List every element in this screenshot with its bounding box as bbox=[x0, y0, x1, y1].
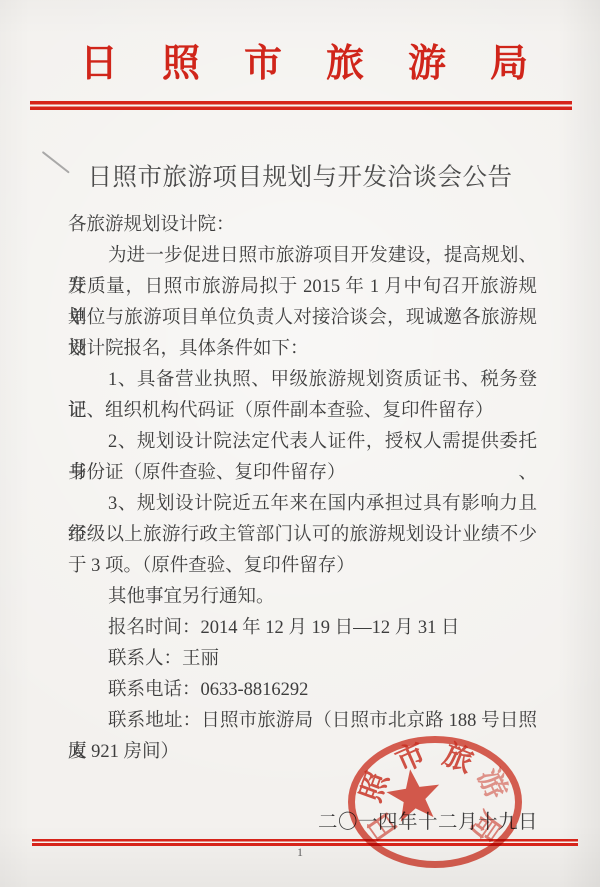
contact-person-line: 联系人：王丽 bbox=[68, 644, 537, 675]
body-line: 设计院报名，具体条件如下： bbox=[68, 334, 537, 365]
requirement-2-line: 2、规划设计院法定代表人证件，授权人需提供委托书、 bbox=[68, 427, 537, 458]
body-line: 单位与旅游项目单位负责人对接洽谈会，现诚邀各旅游规划 bbox=[68, 303, 537, 334]
salutation-line: 各旅游规划设计院： bbox=[68, 210, 537, 241]
document-body: 各旅游规划设计院： 为进一步促进日照市旅游项目开发建设，提高规划、开 发质量，日… bbox=[68, 210, 537, 768]
requirement-3-cont-line: 于 3 项。（原件查验、复印件留存） bbox=[68, 551, 537, 582]
requirement-3-cont-line: 市级以上旅游行政主管部门认可的旅游规划设计业绩不少 bbox=[68, 520, 537, 551]
requirement-1-cont-line: 证、组织机构代码证（原件副本查验、复印件留存） bbox=[68, 396, 537, 427]
other-notice-line: 其他事宜另行通知。 bbox=[68, 582, 537, 613]
document-title: 日照市旅游项目规划与开发洽谈会公告 bbox=[0, 158, 600, 193]
letterhead-org-name: 日照市旅游局 bbox=[80, 42, 572, 86]
requirement-1-line: 1、具备营业执照、甲级旅游规划资质证书、税务登记 bbox=[68, 365, 537, 396]
scanned-document-page: 日照市旅游局 日照市旅游项目规划与开发洽谈会公告 各旅游规划设计院： 为进一步促… bbox=[0, 0, 600, 887]
contact-address-line: 联系地址：日照市旅游局（日照市北京路 188 号日照大 bbox=[68, 706, 537, 737]
contact-phone-line: 联系电话：0633-8816292 bbox=[68, 675, 537, 706]
official-seal: 日 照 市 旅 游 局 bbox=[348, 736, 522, 868]
body-line: 发质量，日照市旅游局拟于 2015 年 1 月中旬召开旅游规划 bbox=[68, 272, 537, 303]
body-line: 为进一步促进日照市旅游项目开发建设，提高规划、开 bbox=[68, 241, 537, 272]
registration-time-line: 报名时间：2014 年 12 月 19 日—12 月 31 日 bbox=[68, 613, 537, 644]
requirement-3-line: 3、规划设计院近五年来在国内承担过具有影响力且经 bbox=[68, 489, 537, 520]
letterhead-divider-line bbox=[30, 101, 572, 110]
